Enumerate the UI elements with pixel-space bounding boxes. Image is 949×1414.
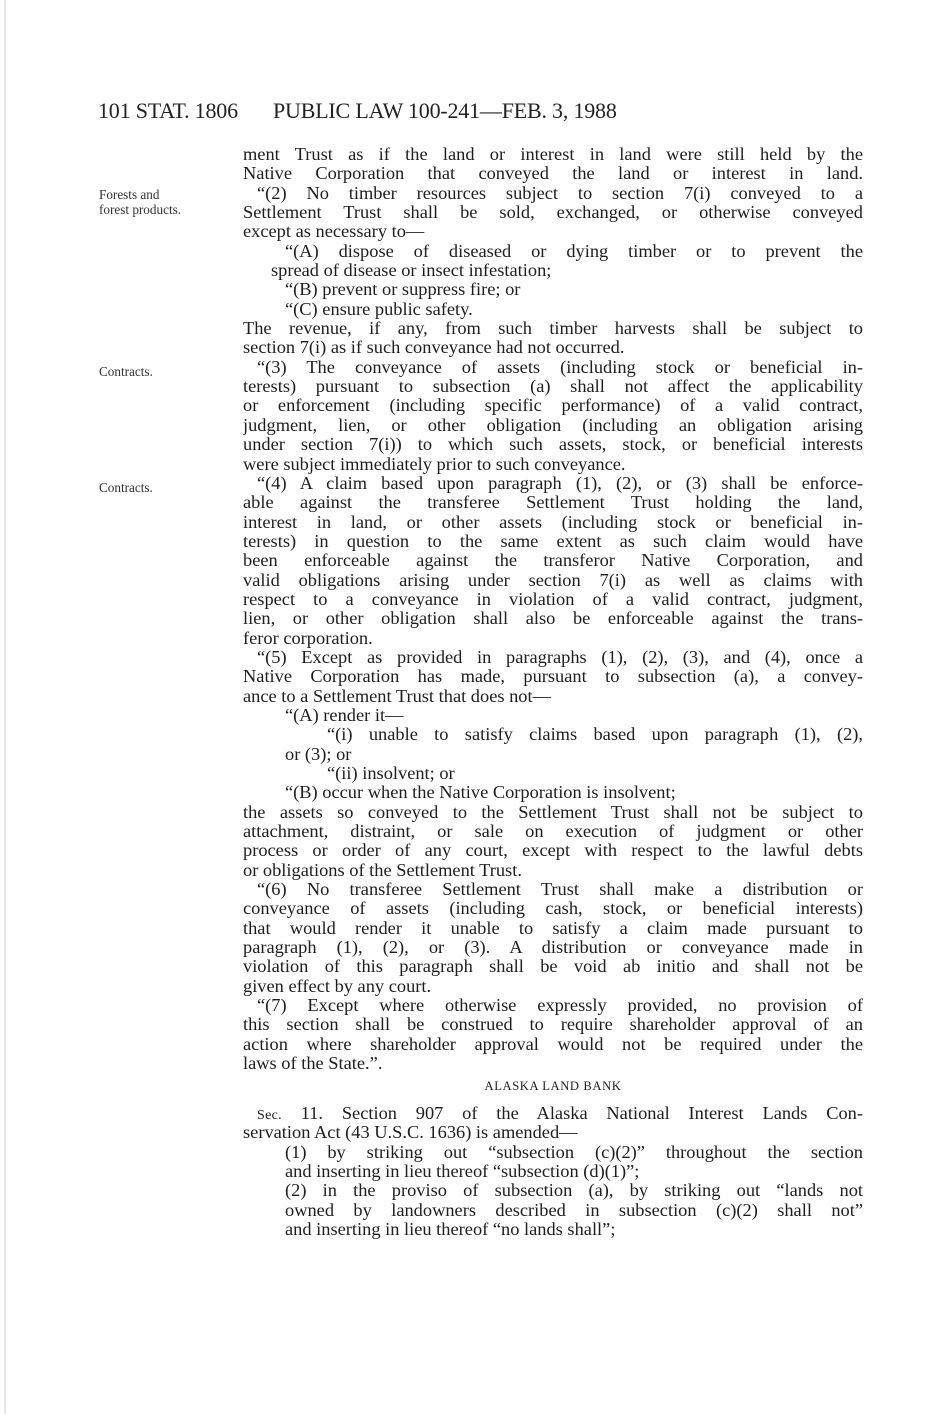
text-line: this section shall be construed to requi… (243, 1015, 863, 1034)
subparagraph-c: “(C) ensure public safety. (243, 300, 863, 319)
section-heading: ALASKA LAND BANK (243, 1077, 863, 1096)
text-line: were subject immediately prior to such c… (243, 455, 863, 474)
section-11-start: Sec. 11. Section 907 of the Alaska Natio… (243, 1104, 863, 1123)
statute-body: ment Trust as if the land or interest in… (243, 145, 863, 1239)
paragraph-3-start: “(3) The conveyance of assets (including… (243, 358, 863, 377)
text-line: feror corporation. (243, 629, 863, 648)
statute-page-reference: 101 STAT. 1806 (98, 98, 238, 124)
text-line: able against the transferee Settlement T… (243, 493, 863, 512)
margin-note-line: Forests and (99, 187, 229, 202)
text-line: under section 7(i)) to which such assets… (243, 435, 863, 454)
text-line: The revenue, if any, from such timber ha… (243, 319, 863, 338)
text-line: terests) pursuant to subsection (a) shal… (243, 377, 863, 396)
text-line: or enforcement (including specific perfo… (243, 396, 863, 415)
text-line: and inserting in lieu thereof “no lands … (243, 1220, 863, 1239)
section-label: Sec. (257, 1108, 282, 1123)
text-line: section 7(i) as if such conveyance had n… (243, 338, 863, 357)
margin-note-line: forest products. (99, 202, 229, 217)
text-line: been enforceable against the transferor … (243, 551, 863, 570)
text-line: spread of disease or insect infestation; (243, 261, 863, 280)
margin-note-forests: Forests and forest products. (99, 187, 229, 217)
text-line: action where shareholder approval would … (243, 1035, 863, 1054)
text-line: Native Corporation has made, pursuant to… (243, 667, 863, 686)
text-line: except as necessary to— (243, 222, 863, 241)
scan-edge (4, 0, 6, 1414)
text-line: given effect by any court. (243, 977, 863, 996)
text-line: judgment, lien, or other obligation (inc… (243, 416, 863, 435)
text-line: ment Trust as if the land or interest in… (243, 145, 863, 164)
paragraph-4-start: “(4) A claim based upon paragraph (1), (… (243, 474, 863, 493)
text-line: lien, or other obligation shall also be … (243, 609, 863, 628)
clause-ii: “(ii) insolvent; or (243, 764, 863, 783)
amendment-1: (1) by striking out “subsection (c)(2)” … (243, 1143, 863, 1162)
text-line: attachment, distraint, or sale on execut… (243, 822, 863, 841)
text-line: conveyance of assets (including cash, st… (243, 899, 863, 918)
margin-note-line: Contracts. (99, 364, 229, 379)
amendment-2: (2) in the proviso of subsection (a), by… (243, 1181, 863, 1200)
margin-note-contracts-1: Contracts. (99, 364, 229, 379)
text-line: the assets so conveyed to the Settlement… (243, 803, 863, 822)
text-line: ance to a Settlement Trust that does not… (243, 687, 863, 706)
subparagraph-a: “(A) dispose of diseased or dying timber… (243, 242, 863, 261)
paragraph-7-start: “(7) Except where otherwise expressly pr… (243, 996, 863, 1015)
text-line: owned by landowners described in subsect… (243, 1201, 863, 1220)
paragraph-6-start: “(6) No transferee Settlement Trust shal… (243, 880, 863, 899)
paragraph-5-start: “(5) Except as provided in paragraphs (1… (243, 648, 863, 667)
margin-note-contracts-2: Contracts. (99, 480, 229, 495)
paragraph-2-start: “(2) No timber resources subject to sect… (243, 184, 863, 203)
subparagraph-b: “(B) occur when the Native Corporation i… (243, 783, 863, 802)
section-text: 11. Section 907 of the Alaska National I… (282, 1104, 863, 1123)
text-line: servation Act (43 U.S.C. 1636) is amende… (243, 1123, 863, 1142)
text-line: and inserting in lieu thereof “subsectio… (243, 1162, 863, 1181)
subparagraph-a: “(A) render it— (243, 706, 863, 725)
subparagraph-b: “(B) prevent or suppress fire; or (243, 280, 863, 299)
text-line: interest in land, or other assets (inclu… (243, 513, 863, 532)
margin-note-line: Contracts. (99, 480, 229, 495)
text-line: Settlement Trust shall be sold, exchange… (243, 203, 863, 222)
document-page: 101 STAT. 1806 PUBLIC LAW 100-241—FEB. 3… (0, 0, 949, 1414)
text-line: terests) in question to the same extent … (243, 532, 863, 551)
text-line: or obligations of the Settlement Trust. (243, 861, 863, 880)
text-line: paragraph (1), (2), or (3). A distributi… (243, 938, 863, 957)
text-line: or (3); or (243, 745, 863, 764)
text-line: violation of this paragraph shall be voi… (243, 957, 863, 976)
clause-i: “(i) unable to satisfy claims based upon… (243, 725, 863, 744)
text-line: process or order of any court, except wi… (243, 841, 863, 860)
text-line: laws of the State.”. (243, 1054, 863, 1073)
text-line: respect to a conveyance in violation of … (243, 590, 863, 609)
text-line: valid obligations arising under section … (243, 571, 863, 590)
text-line: Native Corporation that conveyed the lan… (243, 164, 863, 183)
running-title: PUBLIC LAW 100-241—FEB. 3, 1988 (273, 98, 617, 124)
text-line: that would render it unable to satisfy a… (243, 919, 863, 938)
